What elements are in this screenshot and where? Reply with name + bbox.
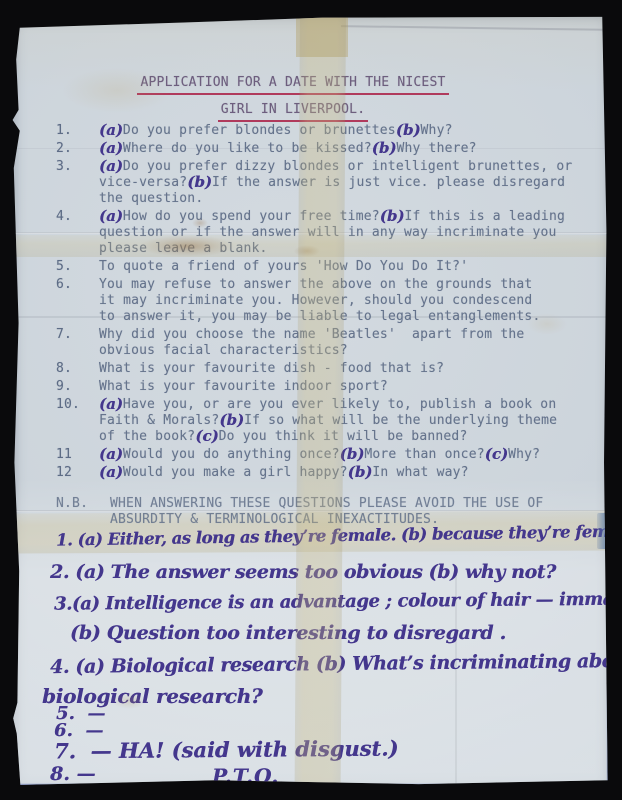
paper-edge-sheen: [607, 323, 609, 786]
document-title: APPLICATION FOR A DATE WITH THE NICEST G…: [0, 75, 592, 122]
typed-segment: Do you think it will be banned?: [219, 429, 468, 444]
handwritten-mark: (a): [99, 157, 123, 175]
title-line-2: GIRL IN LIVERPOOL.: [0, 102, 592, 122]
question-text: To quote a friend of yours 'How Do You D…: [99, 259, 580, 275]
handwritten-mark: (c): [195, 427, 218, 445]
handwritten-mark: (c): [485, 445, 508, 463]
typed-segment: To quote a friend of yours 'How Do You D…: [99, 259, 468, 274]
question-number: 5.: [56, 259, 99, 275]
typed-segment: Why there?: [396, 141, 476, 156]
typed-segment: Why?: [508, 447, 540, 462]
question-number: 12: [56, 465, 99, 481]
question-row: 10.(a)Have you, or are you ever likely t…: [56, 397, 580, 445]
question-row: 4.(a)How do you spend your free time?(b)…: [56, 209, 580, 257]
handwritten-mark: (a): [99, 463, 123, 481]
question-number: 7.: [56, 327, 99, 359]
question-row: 3.(a)Do you prefer dizzy blondes or inte…: [56, 159, 580, 207]
handwritten-mark: (b): [380, 207, 405, 225]
question-number: 8.: [56, 361, 99, 377]
question-text: (a)Do you prefer blondes or brunettes(b)…: [99, 123, 580, 139]
handwritten-answer-line: 3.(a) Intelligence is an advantage ; col…: [54, 590, 622, 614]
question-text: (a)Would you make a girl happy?(b)In wha…: [99, 465, 580, 481]
blue-tape-fragment: [597, 513, 610, 549]
title-text-1: APPLICATION FOR A DATE WITH THE NICEST: [137, 75, 448, 95]
paper-edge-sheen: [20, 784, 606, 787]
question-text: You may refuse to answer the above on th…: [99, 277, 580, 325]
question-row: 9.What is your favourite indoor sport?: [56, 379, 580, 395]
title-line-1: APPLICATION FOR A DATE WITH THE NICEST: [0, 75, 592, 95]
handwritten-mark: (a): [99, 139, 123, 157]
typed-segment: More than once?: [364, 447, 484, 462]
typed-segment: Would you make a girl happy?: [123, 465, 348, 480]
question-number: 9.: [56, 379, 99, 395]
typed-segment: Would you do anything once?: [123, 447, 340, 462]
question-number: 4.: [56, 209, 99, 257]
handwritten-answer-line: 7. — HA! (said with disgust.): [54, 737, 399, 762]
handwritten-mark: (a): [99, 207, 123, 225]
typed-segment: In what way?: [372, 465, 468, 480]
question-row: 7.Why did you choose the name 'Beatles' …: [56, 327, 580, 359]
question-number: 2.: [56, 141, 99, 157]
question-number: 3.: [56, 159, 99, 207]
handwritten-mark: (b): [348, 463, 373, 481]
question-row: 8.What is your favourite dish - food tha…: [56, 361, 580, 377]
handwritten-answer-line: 8. —: [50, 765, 95, 785]
fold-crease: [341, 25, 610, 31]
questions-list: 1.(a)Do you prefer blondes or brunettes(…: [56, 123, 580, 483]
handwritten-mark: (b): [187, 173, 212, 191]
question-row: 2.(a)Where do you like to be kissed?(b)W…: [56, 141, 580, 157]
question-number: 11: [56, 447, 99, 463]
question-text: (a)Where do you like to be kissed?(b)Why…: [99, 141, 580, 157]
question-number: 10.: [56, 397, 99, 445]
question-row: 6.You may refuse to answer the above on …: [56, 277, 580, 325]
typed-segment: Why?: [421, 123, 453, 138]
question-row: 5.To quote a friend of yours 'How Do You…: [56, 259, 580, 275]
typed-segment: What is your favourite dish - food that …: [99, 361, 444, 376]
handwritten-mark: (a): [99, 445, 123, 463]
handwritten-answer-line: (b) Question too interesting to disregar…: [70, 624, 506, 644]
typed-segment: Why did you choose the name 'Beatles' ap…: [99, 327, 524, 358]
handwritten-answer-line: 4. (a) Biological research (b) What’s in…: [50, 652, 622, 678]
question-row: 1.(a)Do you prefer blondes or brunettes(…: [56, 123, 580, 139]
question-text: (a)Would you do anything once?(b)More th…: [99, 447, 580, 463]
question-text: Why did you choose the name 'Beatles' ap…: [99, 327, 580, 359]
question-number: 1.: [56, 123, 99, 139]
handwritten-answer-line: 2. (a) The answer seems too obvious (b) …: [50, 563, 556, 583]
handwritten-mark: (a): [99, 395, 123, 413]
typed-segment: What is your favourite indoor sport?: [99, 379, 388, 394]
handwritten-mark: (b): [396, 121, 421, 139]
handwritten-mark: (b): [340, 445, 365, 463]
pto-note: P.T.O.: [212, 766, 279, 787]
handwritten-mark: (b): [219, 411, 244, 429]
typed-segment: Do you prefer blondes or brunettes: [123, 123, 396, 138]
paper-sheet: APPLICATION FOR A DATE WITH THE NICEST G…: [12, 13, 610, 788]
question-text: (a)Have you, or are you ever likely to, …: [99, 397, 580, 445]
typed-segment: You may refuse to answer the above on th…: [99, 277, 540, 324]
question-number: 6.: [56, 277, 99, 325]
paper-edge-sheen: [191, 13, 608, 15]
question-text: What is your favourite dish - food that …: [99, 361, 580, 377]
question-text: (a)Do you prefer dizzy blondes or intell…: [99, 159, 580, 207]
handwritten-mark: (a): [99, 121, 123, 139]
handwritten-mark: (b): [372, 139, 397, 157]
question-row: 12(a)Would you make a girl happy?(b)In w…: [56, 465, 580, 481]
typed-segment: Where do you like to be kissed?: [123, 141, 372, 156]
photo-backdrop: { "colors": { "backdrop": "#0a0a0c", "pa…: [0, 0, 622, 800]
answers-layer: 1. (a) Either, as long as they’re female…: [12, 519, 610, 800]
handwritten-answer-line: 1. (a) Either, as long as they’re female…: [56, 522, 622, 548]
question-row: 11(a)Would you do anything once?(b)More …: [56, 447, 580, 463]
question-text: (a)How do you spend your free time?(b)If…: [99, 209, 580, 257]
tape-strip-vertical-top: [296, 13, 348, 57]
question-text: What is your favourite indoor sport?: [99, 379, 580, 395]
title-text-2: GIRL IN LIVERPOOL.: [218, 102, 368, 122]
typed-segment: How do you spend your free time?: [123, 209, 380, 224]
